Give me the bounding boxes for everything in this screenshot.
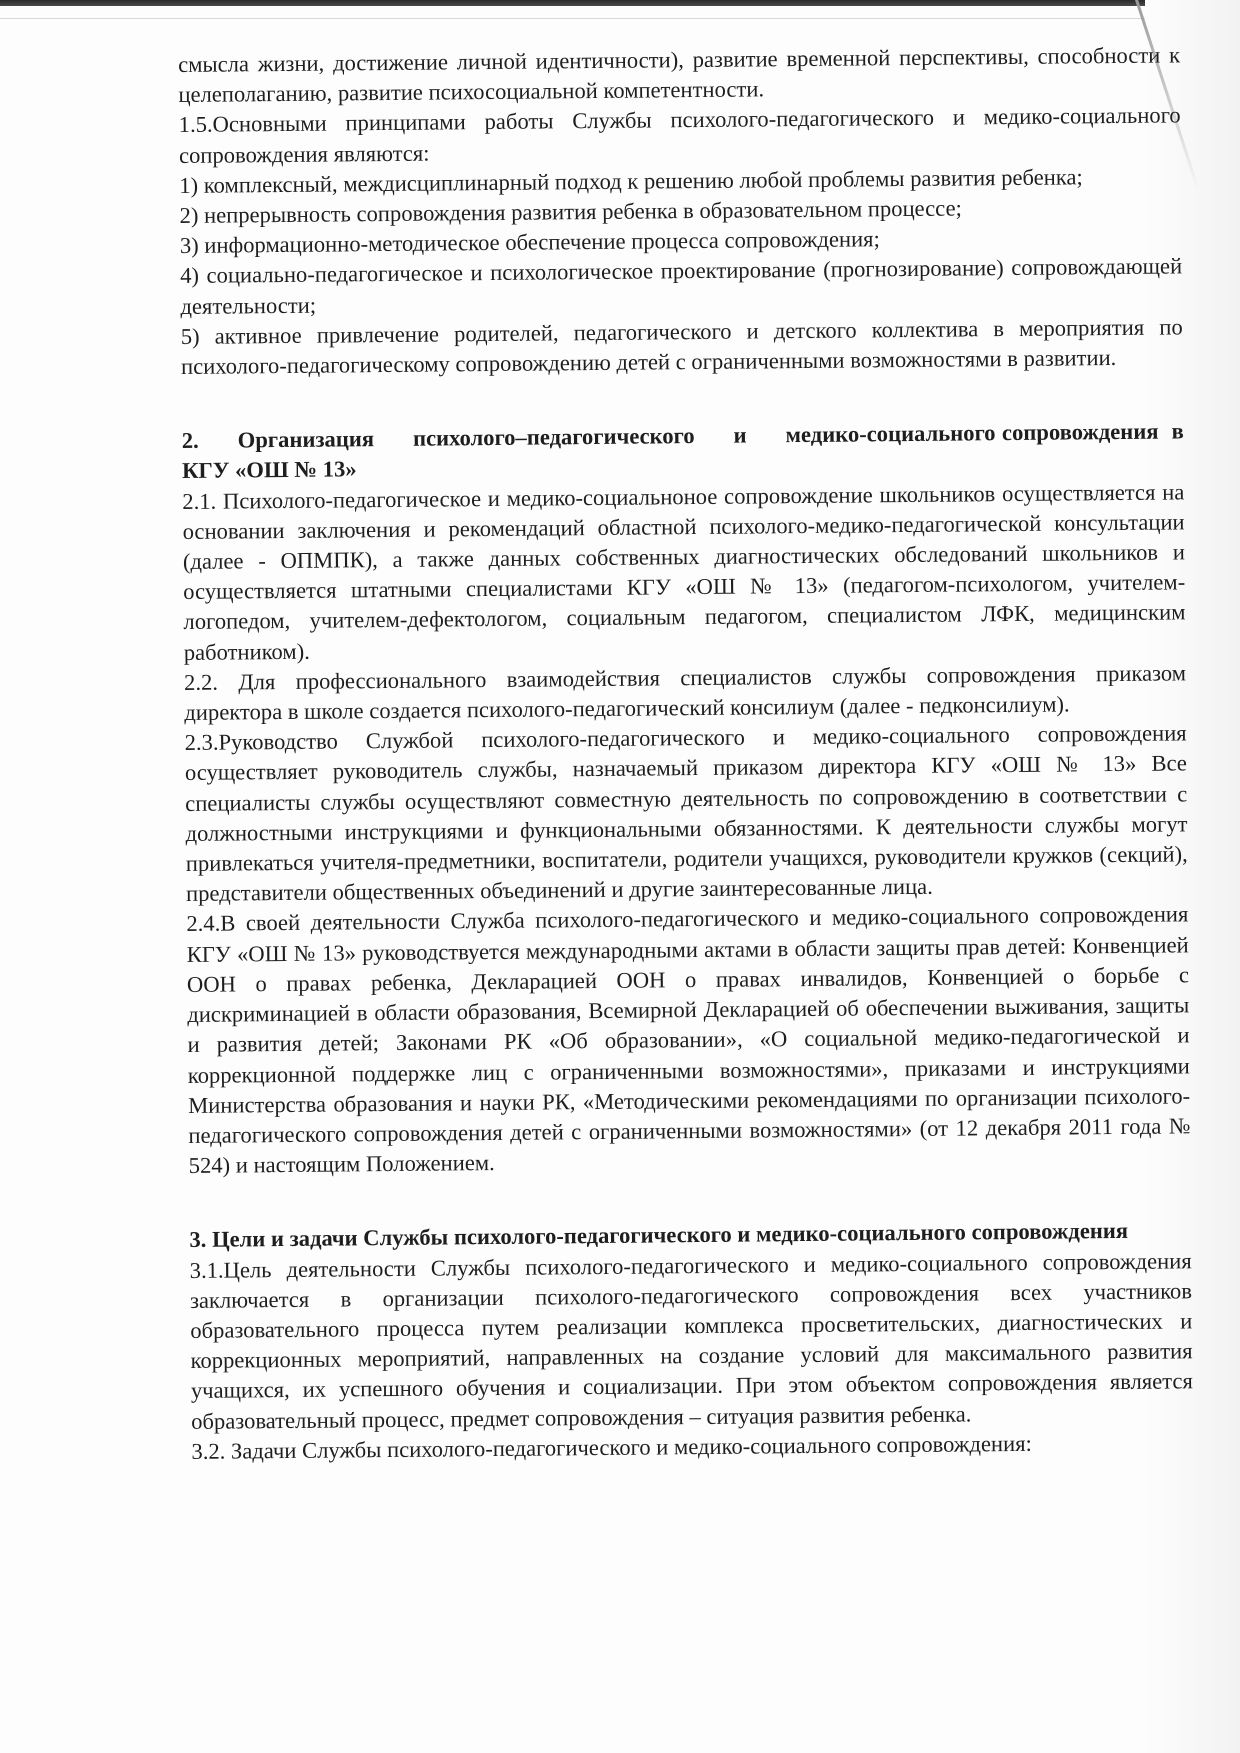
scan-edge-line xyxy=(0,18,1240,19)
section-2-heading: 2. Организация психолого–педагогического… xyxy=(182,417,1185,487)
principle-item: 5) активное привлечение родителей, педаг… xyxy=(181,312,1184,382)
document-page: смысла жизни, достижение личной идентичн… xyxy=(178,40,1194,1466)
principle-item: 4) социально-педагогическое и психологич… xyxy=(180,252,1183,322)
clause-2-2: 2.2. Для профессионального взаимодействи… xyxy=(184,658,1187,728)
clause-2-4: 2.4.В своей деятельности Служба психолог… xyxy=(186,900,1191,1181)
clause-1-5: 1.5.Основными принципами работы Службы п… xyxy=(179,101,1182,171)
clause-2-3: 2.3.Руководство Службой психолого-педаго… xyxy=(185,719,1189,910)
intro-continuation: смысла жизни, достижение личной идентичн… xyxy=(178,40,1181,110)
scan-top-edge xyxy=(0,0,1240,6)
clause-2-1: 2.1. Психолого-педагогическое и медико-с… xyxy=(182,477,1186,668)
clause-3-1: 3.1.Цель деятельности Службы психолого-п… xyxy=(190,1246,1194,1437)
